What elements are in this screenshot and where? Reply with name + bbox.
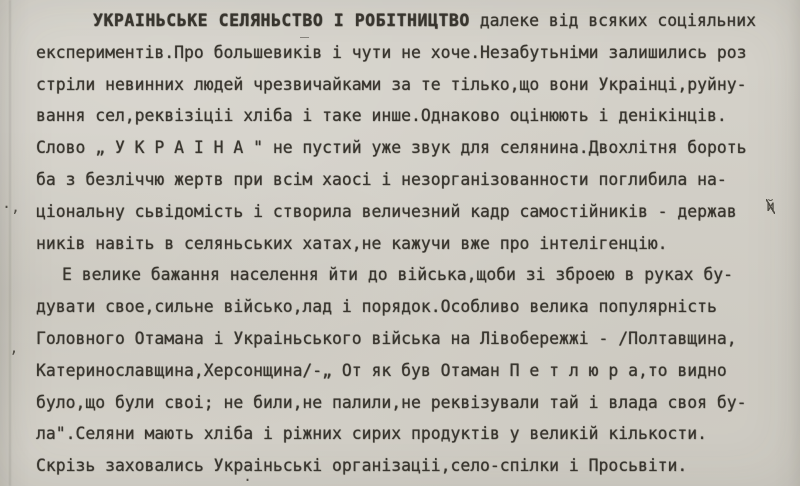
text-line-15: Скрізь заховались Украіньські організаці… [36, 450, 776, 482]
text-line-content: експериментів.Про большевиків і чути не … [36, 43, 747, 62]
text-line-content: стріли невинних людей чрезвичайками за т… [36, 75, 747, 94]
typewritten-text-block: УКРАІНЬСЬКЕ СЕЛЯНЬСТВО І РОБІТНИЦТВО дал… [36, 5, 776, 482]
text-line-9: Е велике бажання населення йти до військ… [36, 259, 776, 291]
text-line-2: експериментів.Про большевиків і чути не … [36, 37, 776, 69]
text-line-8: ників навіть в селяньських хатах,не кажу… [36, 228, 776, 260]
text-line-4: вання сел,реквізіціі хліба і таке инше.О… [36, 100, 776, 132]
text-line-13: було,що були своі; не били,не палили,не … [36, 387, 776, 419]
text-line-content: Слово „ У К Р А І Н А " не пустий уже зв… [36, 138, 747, 157]
text-line-11: Головного Отамана і Украіньського військ… [36, 323, 776, 355]
text-line-3: стріли невинних людей чрезвичайками за т… [36, 69, 776, 101]
text-line-content: Катеринославщина,Херсонщина/-„ От як був… [36, 361, 727, 380]
text-line-12: Катеринославщина,Херсонщина/-„ От як був… [36, 355, 776, 387]
scan-artifact-4: · [243, 473, 252, 486]
paper-crease-line [9, 0, 11, 486]
text-line-content: дувати свое,сильне військо,лад і порядок… [36, 297, 717, 316]
text-line-1: УКРАІНЬСЬКЕ СЕЛЯНЬСТВО І РОБІТНИЦТВО дал… [36, 5, 776, 37]
text-line-content: ників навіть в селяньських хатах,не кажу… [36, 234, 668, 253]
scan-artifact-1: й [766, 199, 775, 214]
text-line-6: ба з безліччю жертв при всім хаосі і нез… [36, 164, 776, 196]
text-line-content: Е велике бажання населення йти до військ… [62, 265, 733, 284]
text-line-10: дувати свое,сильне військо,лад і порядок… [36, 291, 776, 323]
scan-artifact-3: ’ [9, 350, 18, 365]
text-line-content: Головного Отамана і Украіньського військ… [36, 329, 737, 348]
scan-artifact-5: _ [300, 22, 309, 37]
text-line-content: вання сел,реквізіціі хліба і таке инше.О… [36, 106, 727, 125]
text-line-content: далеке від всяких соціяльних [470, 11, 756, 30]
text-line-14: ла".Селяни мають хліба і ріжних сирих пр… [36, 418, 776, 450]
text-line-content: Скрізь заховались Украіньські організаці… [36, 456, 687, 475]
text-line-content: було,що були своі; не били,не палили,не … [36, 393, 747, 412]
scanned-document-page: УКРАІНЬСЬКЕ СЕЛЯНЬСТВО І РОБІТНИЦТВО дал… [0, 0, 800, 486]
document-title-caps: УКРАІНЬСЬКЕ СЕЛЯНЬСТВО І РОБІТНИЦТВО [93, 11, 470, 30]
text-line-content: ла".Селяни мають хліба і ріжних сирих пр… [36, 424, 707, 443]
text-line-content: ціональну сьвідомість і створила величез… [36, 202, 737, 221]
text-line-5: Слово „ У К Р А І Н А " не пустий уже зв… [36, 132, 776, 164]
scan-artifact-2: ·‚ [2, 200, 20, 215]
text-line-7: ціональну сьвідомість і створила величез… [36, 196, 776, 228]
text-line-content: ба з безліччю жертв при всім хаосі і нез… [36, 170, 727, 189]
